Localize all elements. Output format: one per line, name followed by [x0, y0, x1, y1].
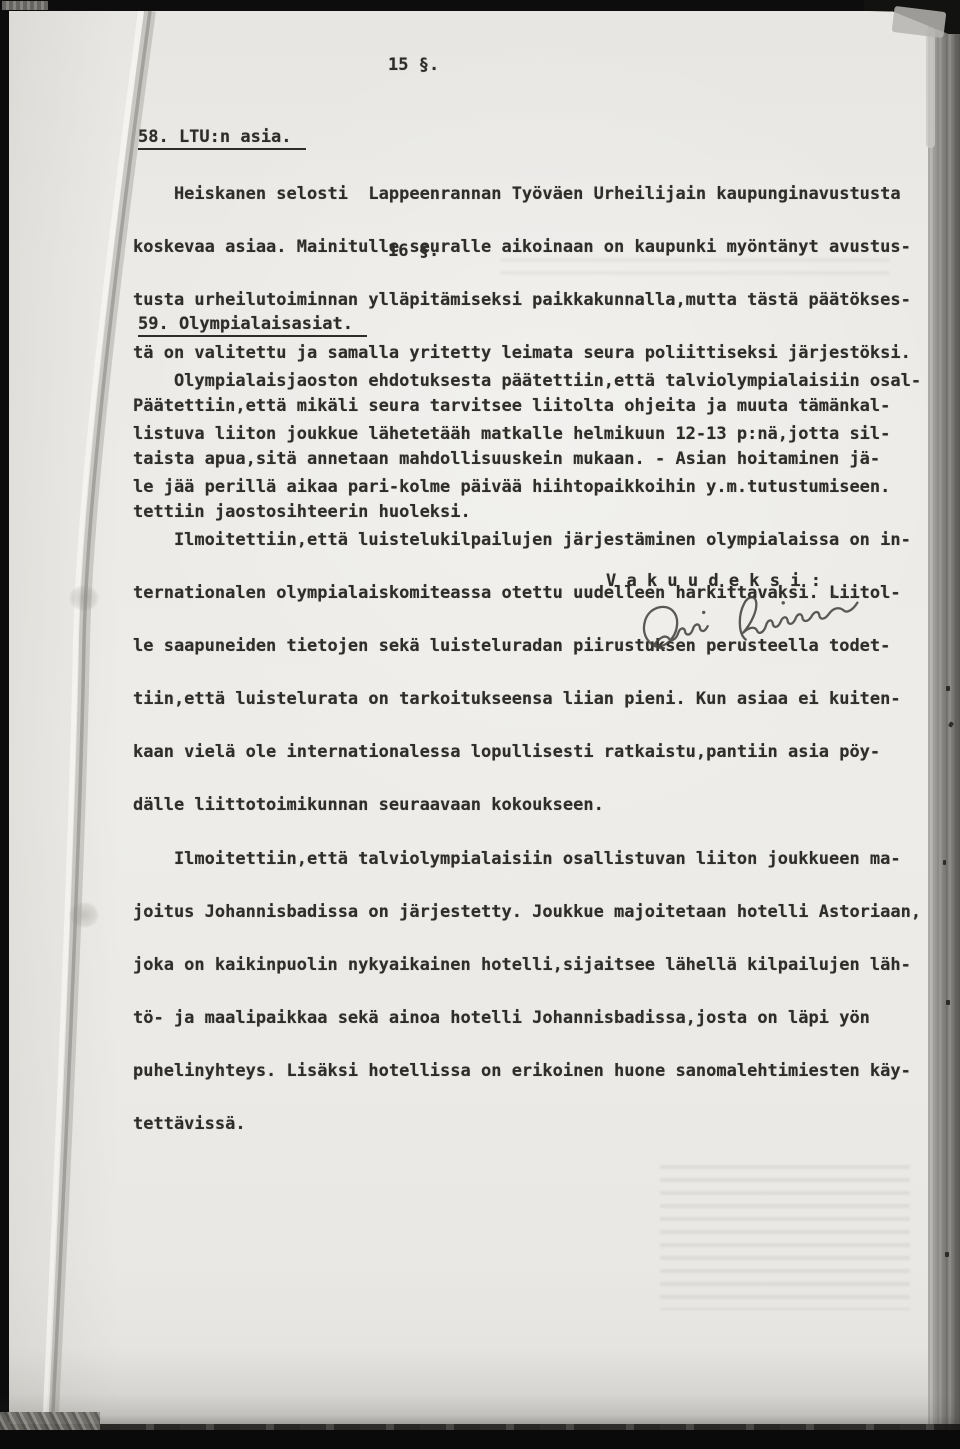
paragraph-16-header: 16 §. — [388, 243, 439, 261]
typewritten-line: joitus Johannisbadissa on järjestetty. J… — [133, 904, 921, 922]
right-page-stack-edge — [928, 0, 960, 1449]
typewritten-line: tö- ja maalipaikkaa sekä ainoa hotelli J… — [133, 1010, 921, 1028]
typewritten-line: Heiskanen selosti Lappeenrannan Työväen … — [133, 186, 911, 204]
edge-speck — [943, 860, 946, 865]
typewritten-line: Ilmoitettiin,että talviolympialaisiin os… — [133, 851, 921, 869]
typewritten-line: koskevaa asiaa. Mainitulle seuralle aiko… — [133, 239, 911, 257]
punch-hole-ghost-bottom — [69, 902, 99, 928]
typewritten-line: listuva liiton joukkue lähetetääh matkal… — [133, 426, 921, 444]
section-59-heading-text: 59. Olympialaisasiat. — [138, 316, 367, 337]
typewritten-line: Olympialaisjaoston ehdotuksesta päätetti… — [133, 373, 921, 391]
punch-hole-ghost-top — [69, 585, 99, 611]
paragraph-15-header: 15 §. — [388, 57, 439, 75]
ink-bleedthrough — [660, 1165, 910, 1310]
typewritten-line: puhelinyhteys. Lisäksi hotellissa on eri… — [133, 1063, 921, 1081]
typewritten-line: le jää perillä aikaa pari-kolme päivää h… — [133, 479, 921, 497]
right-edge-highlight-chip — [926, 28, 935, 148]
typewritten-line: tettävissä. — [133, 1116, 921, 1134]
right-stack-streaks — [928, 0, 960, 1449]
section-58-heading: 58. LTU:n asia. — [133, 129, 911, 150]
scan-bottom-border — [0, 1430, 960, 1449]
edge-speck — [945, 1252, 949, 1257]
typewritten-line: Ilmoitettiin,että luistelukilpailujen jä… — [133, 532, 921, 550]
scanned-page: 15 §. 58. LTU:n asia. Heiskanen selosti … — [0, 0, 960, 1449]
edge-speck — [946, 686, 950, 691]
scan-top-left-artifact — [2, 1, 48, 10]
edge-speck — [946, 1000, 950, 1005]
typewritten-line: tiin,että luistelurata on tarkoitukseens… — [133, 691, 921, 709]
typewritten-line: kaan vielä ole internationalessa lopulli… — [133, 744, 921, 762]
handwritten-signature — [631, 582, 876, 677]
section-59-heading: 59. Olympialaisasiat. — [133, 316, 921, 337]
section-58-heading-text: 58. LTU:n asia. — [138, 129, 306, 150]
scan-top-border — [0, 0, 960, 11]
typewritten-line: dälle liittotoimikunnan seuraavaan kokou… — [133, 797, 921, 815]
section-59: 59. Olympialaisasiat. Olympialaisjaoston… — [133, 281, 921, 1169]
typewritten-line: joka on kaikinpuolin nykyaikainen hotell… — [133, 957, 921, 975]
left-page-stack-edge — [9, 11, 89, 1432]
